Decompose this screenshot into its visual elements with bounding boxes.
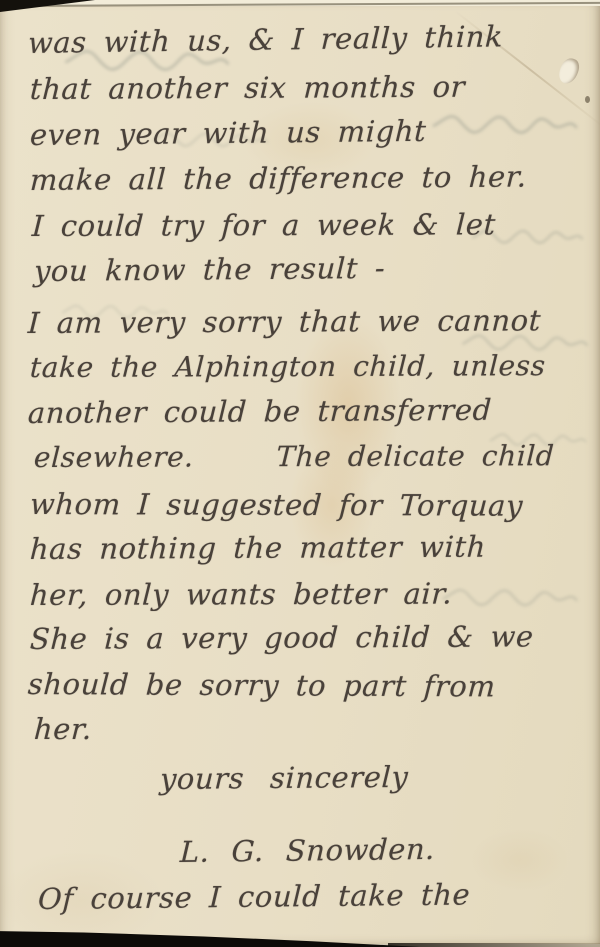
letter-line: you know the result - bbox=[33, 251, 386, 288]
letter-line: has nothing the matter with bbox=[29, 530, 487, 566]
letter-closing: yours sincerely bbox=[159, 760, 409, 796]
paper-tear bbox=[556, 56, 581, 86]
letter-line: even year with us might bbox=[29, 114, 427, 152]
letter-line: should be sorry to part from bbox=[27, 667, 497, 703]
letter-line: was with us, & I really think bbox=[27, 19, 504, 60]
ink-bleedthrough bbox=[440, 585, 580, 611]
letter-page: was with us, & I really think that anoth… bbox=[0, 0, 600, 947]
letter-line: take the Alphington child, unless bbox=[29, 349, 546, 384]
letter-line: I could try for a week & let bbox=[31, 207, 497, 243]
page-bottom-shadow bbox=[388, 943, 600, 947]
letter-signature: L. G. Snowden. bbox=[179, 832, 435, 869]
paper-speck bbox=[585, 96, 590, 103]
letter-line: She is a very good child & we bbox=[29, 619, 534, 656]
letter-line: make all the difference to her. bbox=[29, 160, 528, 197]
letter-line: her. bbox=[33, 712, 93, 746]
letter-line: whom I suggested for Torquay bbox=[29, 487, 524, 523]
letter-line: elsewhere. The delicate child bbox=[33, 439, 555, 474]
letter-postscript: Of course I could take the bbox=[37, 877, 471, 916]
letter-line: another could be transferred bbox=[27, 393, 492, 430]
ink-bleedthrough bbox=[430, 112, 580, 138]
letter-line: that another six months or bbox=[29, 70, 466, 106]
letter-line: I am very sorry that we cannot bbox=[27, 303, 542, 340]
letter-line: her, only wants better air. bbox=[29, 577, 453, 612]
